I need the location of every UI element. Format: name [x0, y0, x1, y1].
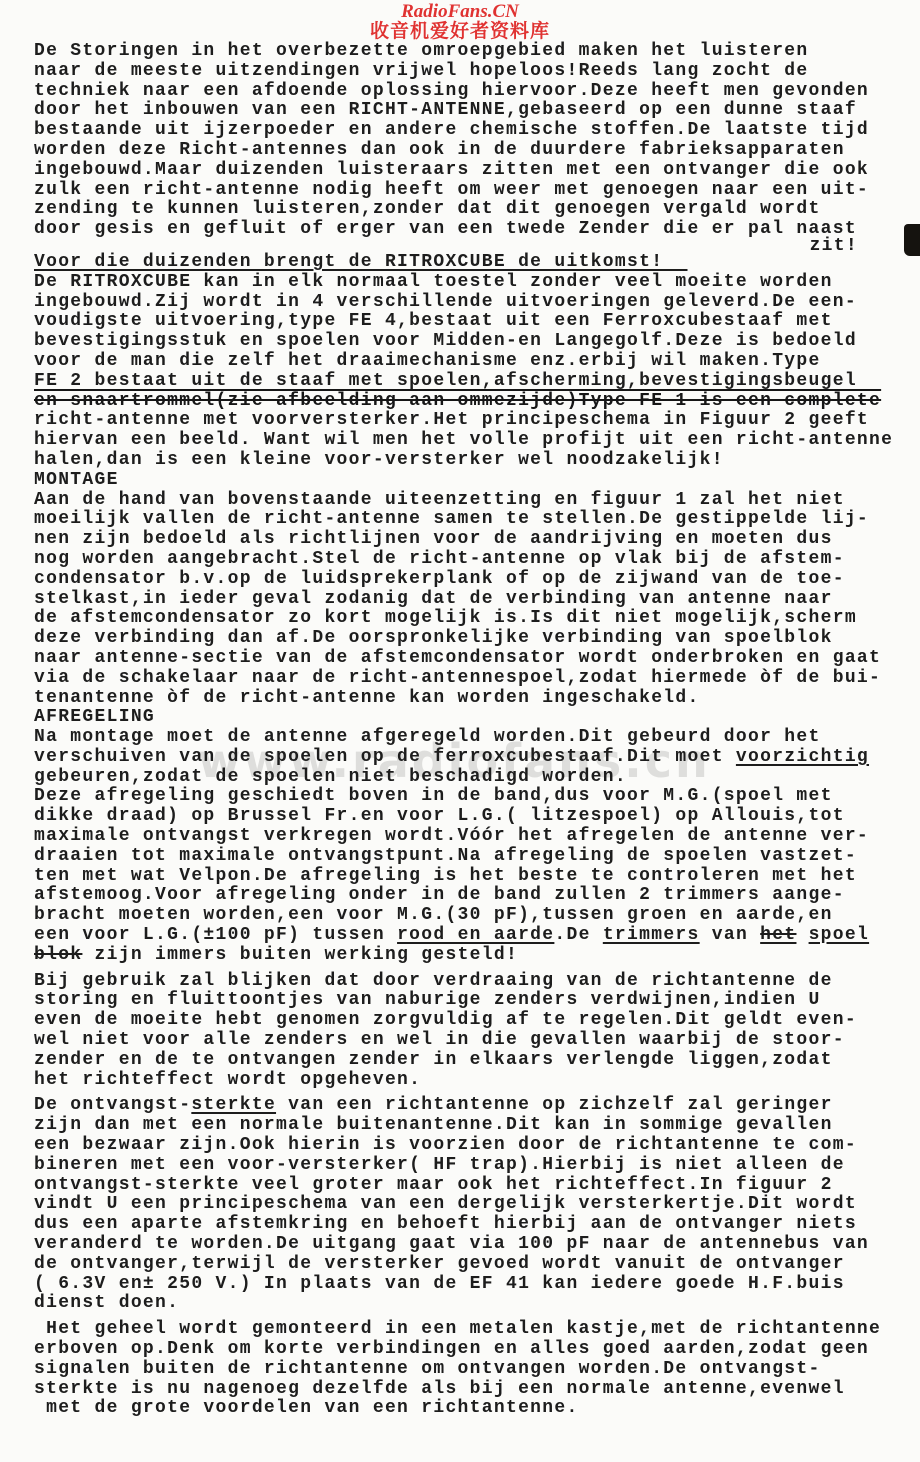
final-paragraph: Het geheel wordt gemonteerd in een metal…	[34, 1320, 906, 1419]
text-segment: halen,dan is een kleine voor-versterker …	[34, 450, 724, 470]
text-segment: vindt U een principeschema van een derge…	[34, 1194, 857, 1214]
text-line: ingebouwd.Zij wordt in 4 verschillende u…	[34, 293, 906, 313]
text-segment: gebeuren,zodat de spoelen niet beschadig…	[34, 767, 627, 787]
text-line: veranderd te worden.De uitgang gaat via …	[34, 1235, 906, 1255]
text-line: ontvangst-sterkte veel groter maar ook h…	[34, 1176, 906, 1196]
text-segment: AFREGELING	[34, 707, 155, 727]
text-segment: een bezwaar zijn.Ook hierin is voorzien …	[34, 1135, 857, 1155]
text-segment: zulk een richt-antenne nodig heeft om we…	[34, 180, 869, 200]
text-segment: Het geheel wordt gemonteerd in een metal…	[34, 1319, 881, 1339]
text-segment: trimmers	[603, 925, 700, 945]
text-line: gebeuren,zodat de spoelen niet beschadig…	[34, 768, 906, 788]
text-line: stelkast,in ieder geval zodanig dat de v…	[34, 590, 906, 610]
text-line: nen zijn bedoeld als richtlijnen voor de…	[34, 530, 906, 550]
text-line: ten met wat Velpon.De afregeling is het …	[34, 867, 906, 887]
site-name: RadioFans.CN	[0, 2, 920, 21]
scanned-document-page: RadioFans.CN 收音机爱好者资料库 www.radiofans.cn …	[0, 0, 920, 1462]
site-header: RadioFans.CN 收音机爱好者资料库	[0, 2, 920, 42]
text-segment: nog worden aangebracht.Stel de richt-ant…	[34, 549, 845, 569]
usage-paragraph: Bij gebruik zal blijken dat door verdraa…	[34, 972, 906, 1091]
text-line: bracht moeten worden,een voor M.G.(30 pF…	[34, 906, 906, 926]
text-line: vindt U een principeschema van een derge…	[34, 1195, 906, 1215]
text-line: door gesis en gefluit of erger van een t…	[34, 220, 906, 240]
text-segment: het richteffect wordt opgeheven.	[34, 1070, 421, 1090]
text-line: sterkte is nu nagenoeg dezelfde als bij …	[34, 1380, 906, 1400]
text-segment: ingebouwd.Zij wordt in 4 verschillende u…	[34, 292, 857, 312]
text-segment: nen zijn bedoeld als richtlijnen voor de…	[34, 529, 833, 549]
text-line: signalen buiten de richtantenne om ontva…	[34, 1360, 906, 1380]
text-line: tenantenne òf de richt-antenne kan worde…	[34, 689, 906, 709]
text-line: dienst doen.	[34, 1294, 906, 1314]
text-line: zender en de te ontvangen zender in elka…	[34, 1051, 906, 1071]
text-segment: via de schakelaar naar de richt-antennes…	[34, 668, 881, 688]
text-segment: maximale ontvangst verkregen wordt.Vóór …	[34, 826, 869, 846]
text-line: dus een aparte afstemkring en behoeft hi…	[34, 1215, 906, 1235]
text-segment: ingebouwd.Maar duizenden luisteraars zit…	[34, 160, 869, 180]
text-line: een bezwaar zijn.Ook hierin is voorzien …	[34, 1136, 906, 1156]
text-line: zending te kunnen luisteren,zonder dat d…	[34, 200, 906, 220]
text-segment: zijn immers buiten werking gesteld!	[82, 945, 518, 965]
text-line: de afstemcondensator zo kort mogelijk is…	[34, 609, 906, 629]
text-segment: zender en de te ontvangen zender in elka…	[34, 1050, 833, 1070]
text-segment: bineren met een voor-versterker( HF trap…	[34, 1155, 845, 1175]
text-segment: door gesis en gefluit of erger van een t…	[34, 219, 857, 239]
text-segment: ( 6.3V en± 250 V.) In plaats van de EF 4…	[34, 1274, 845, 1294]
text-segment: en snaartrommel(zie afbeelding aan ommez…	[34, 391, 881, 411]
text-line: bineren met een voor-versterker( HF trap…	[34, 1156, 906, 1176]
text-line: De RITROXCUBE kan in elk normaal toestel…	[34, 273, 906, 293]
montage-heading: MONTAGE	[34, 471, 906, 491]
text-segment: dienst doen.	[34, 1293, 179, 1313]
text-segment: sterkte	[191, 1095, 276, 1115]
text-segment	[796, 925, 808, 945]
text-segment: rood en aarde	[397, 925, 554, 945]
text-line: naar antenne-sectie van de afstemcondens…	[34, 649, 906, 669]
text-line: Het geheel wordt gemonteerd in een metal…	[34, 1320, 906, 1340]
text-segment: moeilijk vallen de richt-antenne samen t…	[34, 509, 869, 529]
text-segment: veranderd te worden.De uitgang gaat via …	[34, 1234, 869, 1254]
text-segment: signalen buiten de richtantenne om ontva…	[34, 1359, 821, 1379]
text-line: moeilijk vallen de richt-antenne samen t…	[34, 510, 906, 530]
text-line: hiervan een beeld. Want wil men het voll…	[34, 431, 906, 451]
text-segment: techniek naar een afdoende oplossing hie…	[34, 81, 869, 101]
text-line: nog worden aangebracht.Stel de richt-ant…	[34, 550, 906, 570]
intro-paragraph: De Storingen in het overbezette omroepge…	[34, 42, 906, 253]
section-heading: MONTAGE	[34, 471, 906, 491]
text-segment: afstemoog.Voor afregeling onder in de ba…	[34, 885, 845, 905]
text-segment: naar antenne-sectie van de afstemcondens…	[34, 648, 881, 668]
text-line: met de grote voordelen van een richtante…	[34, 1399, 906, 1419]
text-segment: MONTAGE	[34, 470, 119, 490]
scan-artifact	[904, 224, 920, 256]
text-line: FE 2 bestaat uit de staaf met spoelen,af…	[34, 372, 906, 392]
text-segment: FE 2 bestaat uit de staaf met spoelen,af…	[34, 371, 857, 391]
text-segment: deze verbinding dan af.De oorspronkelijk…	[34, 628, 833, 648]
text-segment: van een richtantenne op zichzelf zal ger…	[276, 1095, 833, 1115]
sterkte-paragraph: De ontvangst-sterkte van een richtantenn…	[34, 1096, 906, 1314]
text-line: condensator b.v.op de luidsprekerplank o…	[34, 570, 906, 590]
document-body: De Storingen in het overbezette omroepge…	[34, 42, 906, 1419]
text-segment: even de moeite hebt genomen zorgvuldig a…	[34, 1010, 857, 1030]
text-segment: door het inbouwen van een RICHT-ANTENNE,…	[34, 100, 857, 120]
text-segment: tenantenne òf de richt-antenne kan worde…	[34, 688, 700, 708]
section-heading: Voor die duizenden brengt de RITROXCUBE …	[34, 253, 906, 273]
site-subtitle: 收音机爱好者资料库	[0, 21, 920, 42]
text-line: bevestigingsstuk en spoelen voor Midden-…	[34, 332, 906, 352]
text-segment: dus een aparte afstemkring en behoeft hi…	[34, 1214, 857, 1234]
text-segment: voor de man die zelf het draaimechanisme…	[34, 351, 821, 371]
text-line: door het inbouwen van een RICHT-ANTENNE,…	[34, 101, 906, 121]
text-line: Deze afregeling geschiedt boven in de ba…	[34, 787, 906, 807]
text-segment: bevestigingsstuk en spoelen voor Midden-…	[34, 331, 857, 351]
text-segment: spoel	[809, 925, 870, 945]
text-line: ingebouwd.Maar duizenden luisteraars zit…	[34, 161, 906, 181]
text-segment: naar de meeste uitzendingen vrijwel hope…	[34, 61, 809, 81]
text-line: De Storingen in het overbezette omroepge…	[34, 42, 906, 62]
text-segment: de ontvanger,terwijl de versterker gevoe…	[34, 1254, 845, 1274]
text-line: dikke draad) op Brussel Fr.en voor L.G.(…	[34, 807, 906, 827]
text-segment: ontvangst-sterkte veel groter maar ook h…	[34, 1175, 833, 1195]
text-line: deze verbinding dan af.De oorspronkelijk…	[34, 629, 906, 649]
text-line: naar de meeste uitzendingen vrijwel hope…	[34, 62, 906, 82]
text-line: bestaande uit ijzerpoeder en andere chem…	[34, 121, 906, 141]
text-segment: De Storingen in het overbezette omroepge…	[34, 41, 809, 61]
text-segment: van	[700, 925, 761, 945]
text-segment: het	[760, 925, 796, 945]
text-segment: bestaande uit ijzerpoeder en andere chem…	[34, 120, 869, 140]
text-line: een voor L.G.(±100 pF) tussen rood en aa…	[34, 926, 906, 946]
text-segment: .De	[554, 925, 602, 945]
text-segment: Bij gebruik zal blijken dat door verdraa…	[34, 971, 833, 991]
text-line: voudigste uitvoering,type FE 4,bestaat u…	[34, 312, 906, 332]
text-segment: wel niet voor alle zenders en wel in die…	[34, 1030, 845, 1050]
text-line: even de moeite hebt genomen zorgvuldig a…	[34, 1011, 906, 1031]
text-segment: bracht moeten worden,een voor M.G.(30 pF…	[34, 905, 833, 925]
text-segment: sterkte is nu nagenoeg dezelfde als bij …	[34, 1379, 845, 1399]
text-line: storing en fluittoontjes van naburige ze…	[34, 991, 906, 1011]
text-segment: zit!	[810, 236, 858, 256]
section-heading: AFREGELING	[34, 708, 906, 728]
ritroxcube-paragraph: De RITROXCUBE kan in elk normaal toestel…	[34, 273, 906, 471]
text-line: De ontvangst-sterkte van een richtantenn…	[34, 1096, 906, 1116]
text-segment: Voor die duizenden brengt de RITROXCUBE …	[34, 252, 688, 272]
text-segment: Deze afregeling geschiedt boven in de ba…	[34, 786, 833, 806]
text-line: voor de man die zelf het draaimechanisme…	[34, 352, 906, 372]
text-segment: blok	[34, 945, 82, 965]
text-segment: verschuiven van de spoelen op de ferroxc…	[34, 747, 736, 767]
text-line: en snaartrommel(zie afbeelding aan ommez…	[34, 392, 906, 412]
text-segment: De ontvangst-	[34, 1095, 191, 1115]
text-line: zijn dan met een normale buitenantenne.D…	[34, 1116, 906, 1136]
text-line: erboven op.Denk om korte verbindingen en…	[34, 1340, 906, 1360]
text-line: worden deze Richt-antennes dan ook in de…	[34, 141, 906, 161]
text-segment: voudigste uitvoering,type FE 4,bestaat u…	[34, 311, 833, 331]
text-segment: erboven op.Denk om korte verbindingen en…	[34, 1339, 869, 1359]
text-segment: De RITROXCUBE kan in elk normaal toestel…	[34, 272, 833, 292]
text-segment: een voor L.G.(±100 pF) tussen	[34, 925, 397, 945]
text-segment: condensator b.v.op de luidsprekerplank o…	[34, 569, 845, 589]
text-line: halen,dan is een kleine voor-versterker …	[34, 451, 906, 471]
text-line: afstemoog.Voor afregeling onder in de ba…	[34, 886, 906, 906]
text-segment: Aan de hand van bovenstaande uiteenzetti…	[34, 490, 845, 510]
text-line: via de schakelaar naar de richt-antennes…	[34, 669, 906, 689]
montage-paragraph: Aan de hand van bovenstaande uiteenzetti…	[34, 491, 906, 709]
text-segment: zijn dan met een normale buitenantenne.D…	[34, 1115, 833, 1135]
text-segment: hiervan een beeld. Want wil men het voll…	[34, 430, 893, 450]
text-segment: de afstemcondensator zo kort mogelijk is…	[34, 608, 857, 628]
text-line: maximale ontvangst verkregen wordt.Vóór …	[34, 827, 906, 847]
text-segment: stelkast,in ieder geval zodanig dat de v…	[34, 589, 833, 609]
text-segment: dikke draad) op Brussel Fr.en voor L.G.(…	[34, 806, 845, 826]
text-line: ( 6.3V en± 250 V.) In plaats van de EF 4…	[34, 1275, 906, 1295]
ritroxcube-heading: Voor die duizenden brengt de RITROXCUBE …	[34, 253, 906, 273]
text-line: draaien tot maximale ontvangstpunt.Na af…	[34, 847, 906, 867]
text-segment: draaien tot maximale ontvangstpunt.Na af…	[34, 846, 857, 866]
text-segment: ten met wat Velpon.De afregeling is het …	[34, 866, 857, 886]
text-segment: zending te kunnen luisteren,zonder dat d…	[34, 199, 821, 219]
afregeling-paragraph: Na montage moet de antenne afgeregeld wo…	[34, 728, 906, 966]
text-segment: Na montage moet de antenne afgeregeld wo…	[34, 727, 821, 747]
text-line: Aan de hand van bovenstaande uiteenzetti…	[34, 491, 906, 511]
text-line: het richteffect wordt opgeheven.	[34, 1071, 906, 1091]
text-line: Bij gebruik zal blijken dat door verdraa…	[34, 972, 906, 992]
text-segment: voorzichtig	[736, 747, 869, 767]
text-segment: richt-antenne met voorversterker.Het pri…	[34, 410, 869, 430]
text-line: richt-antenne met voorversterker.Het pri…	[34, 411, 906, 431]
text-line: wel niet voor alle zenders en wel in die…	[34, 1031, 906, 1051]
text-line: zulk een richt-antenne nodig heeft om we…	[34, 181, 906, 201]
text-line: verschuiven van de spoelen op de ferroxc…	[34, 748, 906, 768]
text-line: de ontvanger,terwijl de versterker gevoe…	[34, 1255, 906, 1275]
text-segment: worden deze Richt-antennes dan ook in de…	[34, 140, 845, 160]
text-segment: storing en fluittoontjes van naburige ze…	[34, 990, 821, 1010]
text-line: Na montage moet de antenne afgeregeld wo…	[34, 728, 906, 748]
afregeling-heading: AFREGELING	[34, 708, 906, 728]
text-segment: met de grote voordelen van een richtante…	[34, 1398, 579, 1418]
text-line: blok zijn immers buiten werking gesteld!	[34, 946, 906, 966]
text-line: techniek naar een afdoende oplossing hie…	[34, 82, 906, 102]
